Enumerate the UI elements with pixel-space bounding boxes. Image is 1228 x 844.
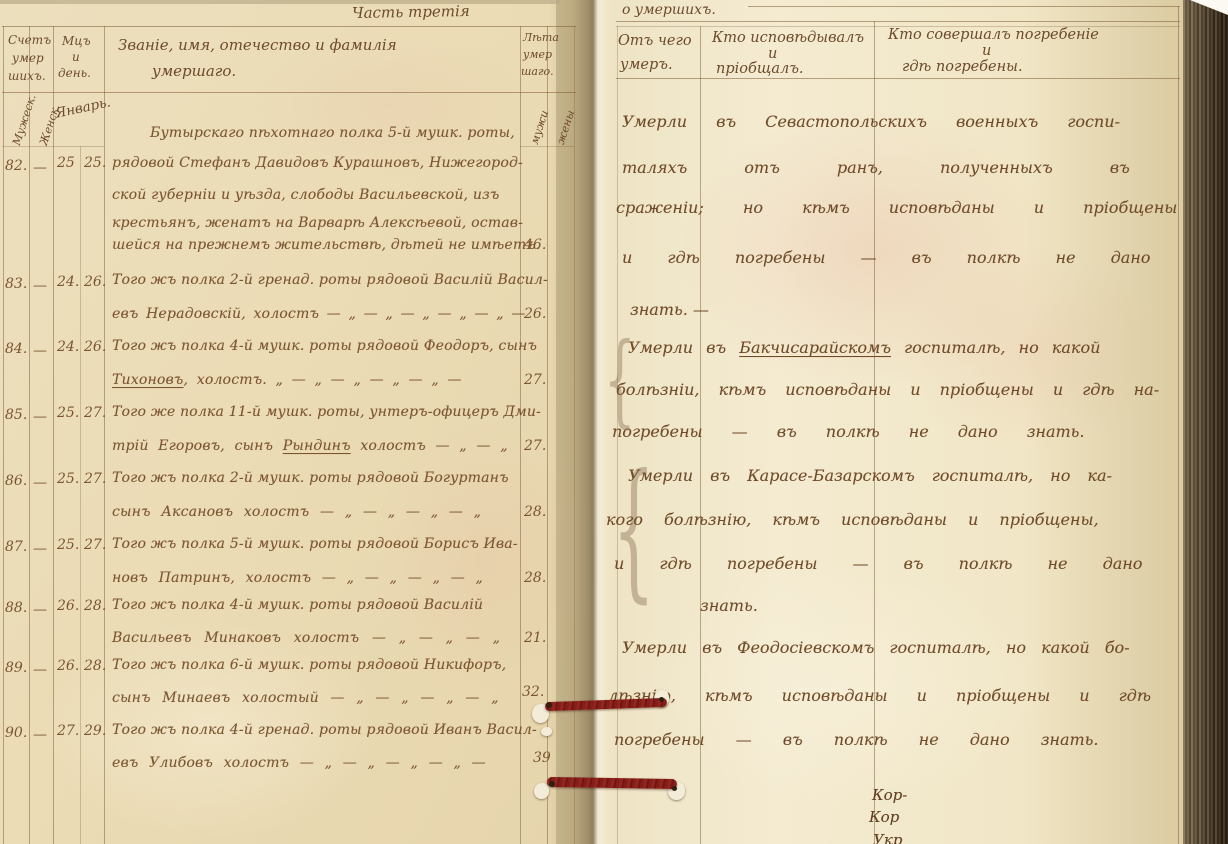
cause-line: Умерли въ Феодосіевскомъ госпиталѣ, но к… <box>622 638 1130 657</box>
row-count-female: — <box>33 278 47 294</box>
rule <box>3 26 4 844</box>
col-header-person: умершаго. <box>152 62 236 80</box>
entry-line: крестьянъ, женатъ на Варварѣ Алексѣевой,… <box>112 215 523 231</box>
cause-line: Умерли въ Бакчисарайскомъ госпиталѣ, но … <box>628 338 1100 357</box>
cause-line: кого болѣзнію, кѣмъ исповѣданы и пріобще… <box>606 510 1099 529</box>
rule <box>53 26 54 844</box>
cause-line: и гдѣ погребены — въ полкѣ не дано <box>622 248 1150 267</box>
age-value: 46. <box>524 237 546 253</box>
rule <box>547 26 548 844</box>
death-day: 27. <box>57 723 79 739</box>
entry-line: Того жъ полка 4-й мушк. роты рядовой Вас… <box>112 597 483 613</box>
cause-line: таляхъ отъ ранъ, полученныхъ въ <box>622 158 1130 177</box>
row-count-male: 85. <box>5 407 27 423</box>
underlined-surname: Тихоновъ <box>112 372 183 388</box>
rule <box>29 26 30 844</box>
col-header-burial: и <box>982 43 991 59</box>
underlined-surname: Рындинъ <box>283 438 351 454</box>
burial-day: 27. <box>84 537 106 553</box>
age-value: 28. <box>524 504 546 520</box>
col-header-confession: пріобщалъ. <box>716 61 804 77</box>
death-day: 25. <box>57 405 79 421</box>
entry-line: рядовой Стефанъ Давидовъ Курашновъ, Ниже… <box>112 155 523 171</box>
entry-line: Васильевъ Минаковъ холостъ — „ — „ — „ <box>112 630 500 646</box>
entry-line: сынъ Аксановъ холостъ — „ — „ — „ — „ <box>112 504 481 520</box>
age-value: 28. <box>524 570 546 586</box>
cause-line-pre: Умерли въ <box>628 338 739 357</box>
rule <box>616 21 1180 22</box>
col-header-person: Званіе, имя, отечество и фамилія <box>118 36 397 54</box>
running-title-part: Часть третія <box>352 2 470 22</box>
age-value: 21. <box>524 630 546 646</box>
row-count-male: 83. <box>5 276 27 292</box>
rule <box>2 146 104 147</box>
row-count-female: — <box>33 541 47 557</box>
cause-line: и гдѣ погребены — въ полкѣ не дано <box>614 554 1142 573</box>
death-day: 24. <box>57 339 79 355</box>
burial-day: 29. <box>84 723 106 739</box>
cause-line: лѣзнію, кѣмъ исповѣданы и пріобщены и гд… <box>608 686 1151 705</box>
rule <box>104 26 105 844</box>
catchword: Кор <box>869 808 899 826</box>
entry-line: Того жъ полка 2-й гренад. роты рядовой В… <box>112 272 548 288</box>
underlined-place: Бакчисарайскомъ <box>739 338 891 357</box>
burial-day: 27. <box>84 471 106 487</box>
entry-line: евъ Улибовъ холостъ — „ — „ — „ — „ — <box>112 755 486 771</box>
burial-day: 27. <box>84 405 106 421</box>
row-count-male: 87. <box>5 539 27 555</box>
entry-line-rest: холостъ — „ — „ <box>351 438 508 454</box>
entry-line: шейся на прежнемъ жительствѣ, дѣтей не и… <box>112 237 541 253</box>
rule <box>2 92 576 93</box>
cause-line: знать. <box>700 596 758 615</box>
death-day: 26. <box>57 598 79 614</box>
catchword: Укр <box>873 831 902 844</box>
col-header-date: и <box>72 50 80 64</box>
rule <box>2 26 576 27</box>
row-count-female: — <box>33 662 47 678</box>
entry-line: Того жъ полка 5-й мушк. роты рядовой Бор… <box>112 536 518 552</box>
entry-line-rest: , холостъ. „ — „ — „ — „ — „ — <box>183 372 461 388</box>
scan-top-edge <box>0 0 560 4</box>
col-header-age: шаго. <box>521 65 554 78</box>
burial-day: 25. <box>84 155 106 171</box>
entry-line: евъ Нерадовскій, холостъ — „ — „ — „ — „… <box>112 306 526 322</box>
col-header-age: Лѣта <box>523 31 559 44</box>
col-header-count: шихъ. <box>8 69 46 83</box>
cause-line: погребены — въ полкѣ не дано знать. <box>612 422 1084 441</box>
row-count-female: — <box>33 475 47 491</box>
age-value: 27. <box>524 438 546 454</box>
entry-line: Того жъ полка 2-й мушк. роты рядовой Бог… <box>112 470 509 486</box>
age-value: 39 <box>533 750 551 766</box>
row-count-female: — <box>33 409 47 425</box>
entry-line: Того жъ полка 6-й мушк. роты рядовой Ник… <box>112 657 506 673</box>
row-count-male: 86. <box>5 473 27 489</box>
entry-line: Тихоновъ, холостъ. „ — „ — „ — „ — „ — <box>112 372 462 388</box>
rule <box>748 6 1180 7</box>
col-header-burial: гдѣ погребены. <box>902 59 1023 75</box>
entry-line: Бутырскаго пѣхотнаго полка 5-й мушк. рот… <box>150 125 515 141</box>
death-day: 25. <box>57 537 79 553</box>
death-day: 24. <box>57 274 79 290</box>
entry-line: Того же полка 11-й мушк. роты, унтеръ-оф… <box>112 404 541 420</box>
col-header-burial: Кто совершалъ погребеніе <box>888 27 1099 43</box>
burial-day: 26. <box>84 274 106 290</box>
cause-line: сраженіи; но кѣмъ исповѣданы и пріобщены <box>616 198 1177 217</box>
row-count-male: 90. <box>5 725 27 741</box>
cause-line: Умерли въ Карасе-Базарскомъ госпиталѣ, н… <box>628 466 1112 485</box>
gutter-crease-mark: { <box>604 330 636 430</box>
death-day: 25. <box>57 471 79 487</box>
entry-line: трій Егоровъ, сынъ Рындинъ холостъ — „ —… <box>112 438 508 454</box>
running-title-deceased: о умершихъ. <box>622 2 716 18</box>
col-header-count: Счетъ <box>8 33 51 47</box>
entry-line: ской губерніи и уѣзда, слободы Васильевс… <box>112 187 499 203</box>
age-value: 26. <box>524 306 546 322</box>
burial-day: 26. <box>84 339 106 355</box>
entry-line-pre: трій Егоровъ, сынъ <box>112 438 283 454</box>
death-day: 25 <box>57 155 75 171</box>
col-header-age: умер <box>523 48 552 61</box>
age-value: 27. <box>524 372 546 388</box>
col-header-cause: Отъ чего <box>618 33 692 49</box>
col-header-date: день. <box>58 66 91 80</box>
col-header-confession: Кто исповѣдывалъ <box>712 30 864 46</box>
row-count-female: — <box>33 343 47 359</box>
cause-line: Умерли въ Севастопольскихъ военныхъ госп… <box>622 112 1120 131</box>
entry-line: новъ Патринъ, холостъ — „ — „ — „ — „ <box>112 570 483 586</box>
col-header-cause: умеръ. <box>620 57 673 73</box>
register-book-spread: Часть третія о умершихъ. Счетъ умер шихъ… <box>0 0 1228 844</box>
entry-line: Того жъ полка 4-й гренад. роты рядовой И… <box>112 722 537 738</box>
col-header-date: Мцъ <box>62 34 91 48</box>
row-count-female: — <box>33 160 47 176</box>
row-count-male: 88. <box>5 600 27 616</box>
cause-line: знать. — <box>630 300 709 319</box>
entry-line: сынъ Минаевъ холостый — „ — „ — „ — „ <box>112 690 499 706</box>
row-count-male: 82. <box>5 158 27 174</box>
entry-line: Того жъ полка 4-й мушк. роты рядовой Фео… <box>112 338 537 354</box>
rule <box>80 146 81 844</box>
row-count-female: — <box>33 727 47 743</box>
row-count-male: 84. <box>5 341 27 357</box>
age-value: 32. <box>522 684 544 700</box>
cause-line: болѣзніи, кѣмъ исповѣданы и пріобщены и … <box>616 380 1159 399</box>
cause-line: погребены — въ полкѣ не дано знать. <box>614 730 1098 749</box>
col-header-confession: и <box>768 46 777 62</box>
gutter-crease-mark: { <box>612 455 655 605</box>
rule <box>1178 6 1179 844</box>
death-day: 26. <box>57 658 79 674</box>
catchword: Кор- <box>872 786 907 804</box>
burial-day: 28. <box>84 658 106 674</box>
cause-line-rest: госпиталѣ, но какой <box>891 338 1100 357</box>
rule <box>574 26 575 844</box>
burial-day: 28. <box>84 598 106 614</box>
col-header-count: умер <box>12 51 44 65</box>
book-edge-shading <box>1183 0 1228 844</box>
row-count-female: — <box>33 602 47 618</box>
row-count-male: 89. <box>5 660 27 676</box>
